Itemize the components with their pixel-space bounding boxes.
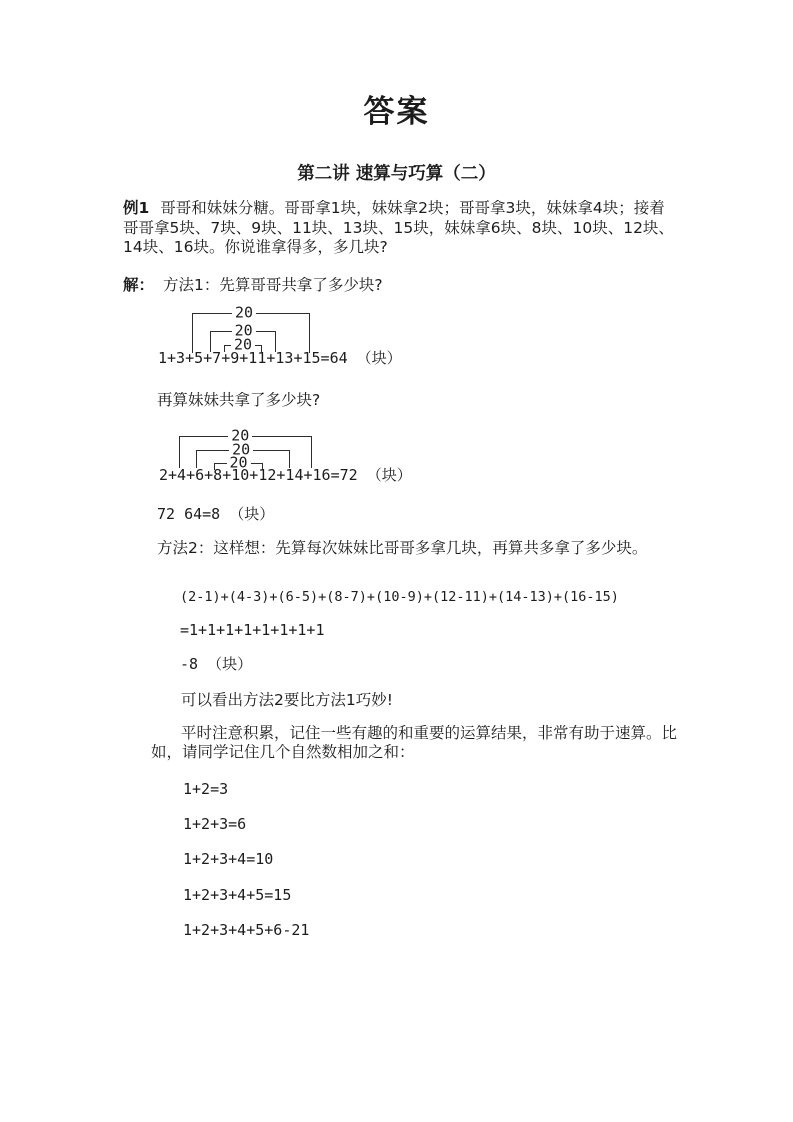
sum-fact: 1+2+3+4+5+6-21 xyxy=(183,922,309,939)
difference-expansion: (2-1)+(4-3)+(6-5)+(8-7)+(10-9)+(12-11)+(… xyxy=(180,589,619,606)
conclusion-text: 可以看出方法2要比方法1巧妙! xyxy=(181,691,393,711)
sister-sum-equation: 2+4+6+8+10+12+14+16=72 （块） xyxy=(159,467,412,484)
sum-fact: 1+2+3=6 xyxy=(183,816,246,833)
method1-text: 方法1：先算哥哥共拿了多少块? xyxy=(163,276,383,294)
sum-fact: 1+2+3+4=10 xyxy=(183,851,273,868)
example-line-2: 哥哥拿5块、7块、9块、11块、13块、15块，妹妹拿6块、8块、10块、12块… xyxy=(123,219,674,239)
note-line-2: 如，请同学记住几个自然数相加之和： xyxy=(151,743,415,763)
example-paragraph: 例1哥哥和妹妹分糖。哥哥拿1块，妹妹拿2块；哥哥拿3块，妹妹拿4块；接着 哥哥拿… xyxy=(123,199,674,258)
ones-sum-line: =1+1+1+1+1+1+1+1 xyxy=(180,622,325,639)
document-page: 答案 第二讲 速算与巧算（二） 例1哥哥和妹妹分糖。哥哥拿1块，妹妹拿2块；哥哥… xyxy=(0,0,793,1122)
sum-fact: 1+2=3 xyxy=(183,781,228,798)
brother-sum-equation: 1+3+5+7+9+11+13+15=64 （块） xyxy=(158,350,402,367)
result-line: -8 （块） xyxy=(180,656,252,673)
difference-equation: 72 64=8 （块） xyxy=(157,506,274,523)
example-line-3: 14块、16块。你说谁拿得多，多几块? xyxy=(123,238,674,258)
example-line-1-text: 哥哥和妹妹分糖。哥哥拿1块，妹妹拿2块；哥哥拿3块，妹妹拿4块；接着 xyxy=(160,199,664,217)
example-line-1: 例1哥哥和妹妹分糖。哥哥拿1块，妹妹拿2块；哥哥拿3块，妹妹拿4块；接着 xyxy=(123,199,674,219)
note-line-1: 平时注意积累，记住一些有趣的和重要的运算结果，非常有助于速算。比 xyxy=(181,724,677,744)
sister-sum-intro: 再算妹妹共拿了多少块? xyxy=(157,391,320,411)
solution-intro-line: 解：方法1：先算哥哥共拿了多少块? xyxy=(123,276,383,296)
brother-bracket-outer-label: 20 xyxy=(232,306,256,321)
example-label: 例1 xyxy=(123,199,149,217)
method2-text: 方法2：这样想：先算每次妹妹比哥哥多拿几块，再算共多拿了多少块。 xyxy=(157,539,647,559)
sum-fact: 1+2+3+4+5=15 xyxy=(183,887,291,904)
section-title: 第二讲 速算与巧算（二） xyxy=(0,160,793,185)
page-title: 答案 xyxy=(0,86,793,131)
solution-label: 解： xyxy=(123,276,154,294)
